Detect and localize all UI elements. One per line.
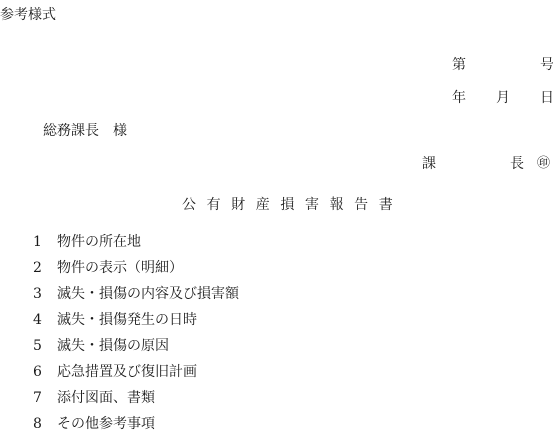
item-number: 7 (33, 390, 57, 406)
item-text: 物件の所在地 (57, 234, 141, 250)
list-item: 6応急措置及び復旧計画 (33, 364, 197, 380)
document-title: 公有財産損害報告書 (182, 197, 403, 213)
list-item: 7添付図面、書類 (33, 390, 155, 406)
seal-mark: ㊞ (537, 156, 550, 172)
list-item: 2物件の表示（明細） (33, 260, 183, 276)
title-char: 害 (305, 197, 330, 213)
title-char: 産 (256, 197, 281, 213)
item-text: 物件の表示（明細） (57, 260, 183, 276)
addressee: 総務課長 様 (43, 123, 127, 139)
item-text: その他参考事項 (57, 416, 155, 432)
list-item: 8その他参考事項 (33, 416, 155, 432)
title-char: 損 (280, 197, 305, 213)
item-number: 1 (33, 234, 57, 250)
date-month: 月 (496, 90, 510, 106)
item-number: 8 (33, 416, 57, 432)
item-text: 滅失・損傷発生の日時 (57, 312, 197, 328)
number-prefix: 第 (452, 57, 466, 73)
item-text: 添付図面、書類 (57, 390, 155, 406)
sender-dept-char: 課 (422, 156, 436, 172)
list-item: 3滅失・損傷の内容及び損害額 (33, 286, 239, 302)
title-char: 公 (182, 197, 207, 213)
title-char: 告 (354, 197, 379, 213)
item-text: 応急措置及び復旧計画 (57, 364, 197, 380)
number-suffix: 号 (540, 57, 553, 73)
item-text: 滅失・損傷の内容及び損害額 (57, 286, 239, 302)
item-number: 4 (33, 312, 57, 328)
item-number: 2 (33, 260, 57, 276)
sender-title-char: 長 (510, 156, 524, 172)
title-char: 有 (207, 197, 232, 213)
item-text: 滅失・損傷の原因 (57, 338, 169, 354)
list-item: 5滅失・損傷の原因 (33, 338, 169, 354)
date-day: 日 (540, 90, 553, 106)
title-char: 報 (330, 197, 355, 213)
item-number: 6 (33, 364, 57, 380)
list-item: 1物件の所在地 (33, 234, 141, 250)
form-label: 参考様式 (0, 7, 56, 23)
title-char: 財 (231, 197, 256, 213)
item-number: 3 (33, 286, 57, 302)
list-item: 4滅失・損傷発生の日時 (33, 312, 197, 328)
date-year: 年 (452, 90, 466, 106)
title-char: 書 (379, 197, 404, 213)
item-number: 5 (33, 338, 57, 354)
